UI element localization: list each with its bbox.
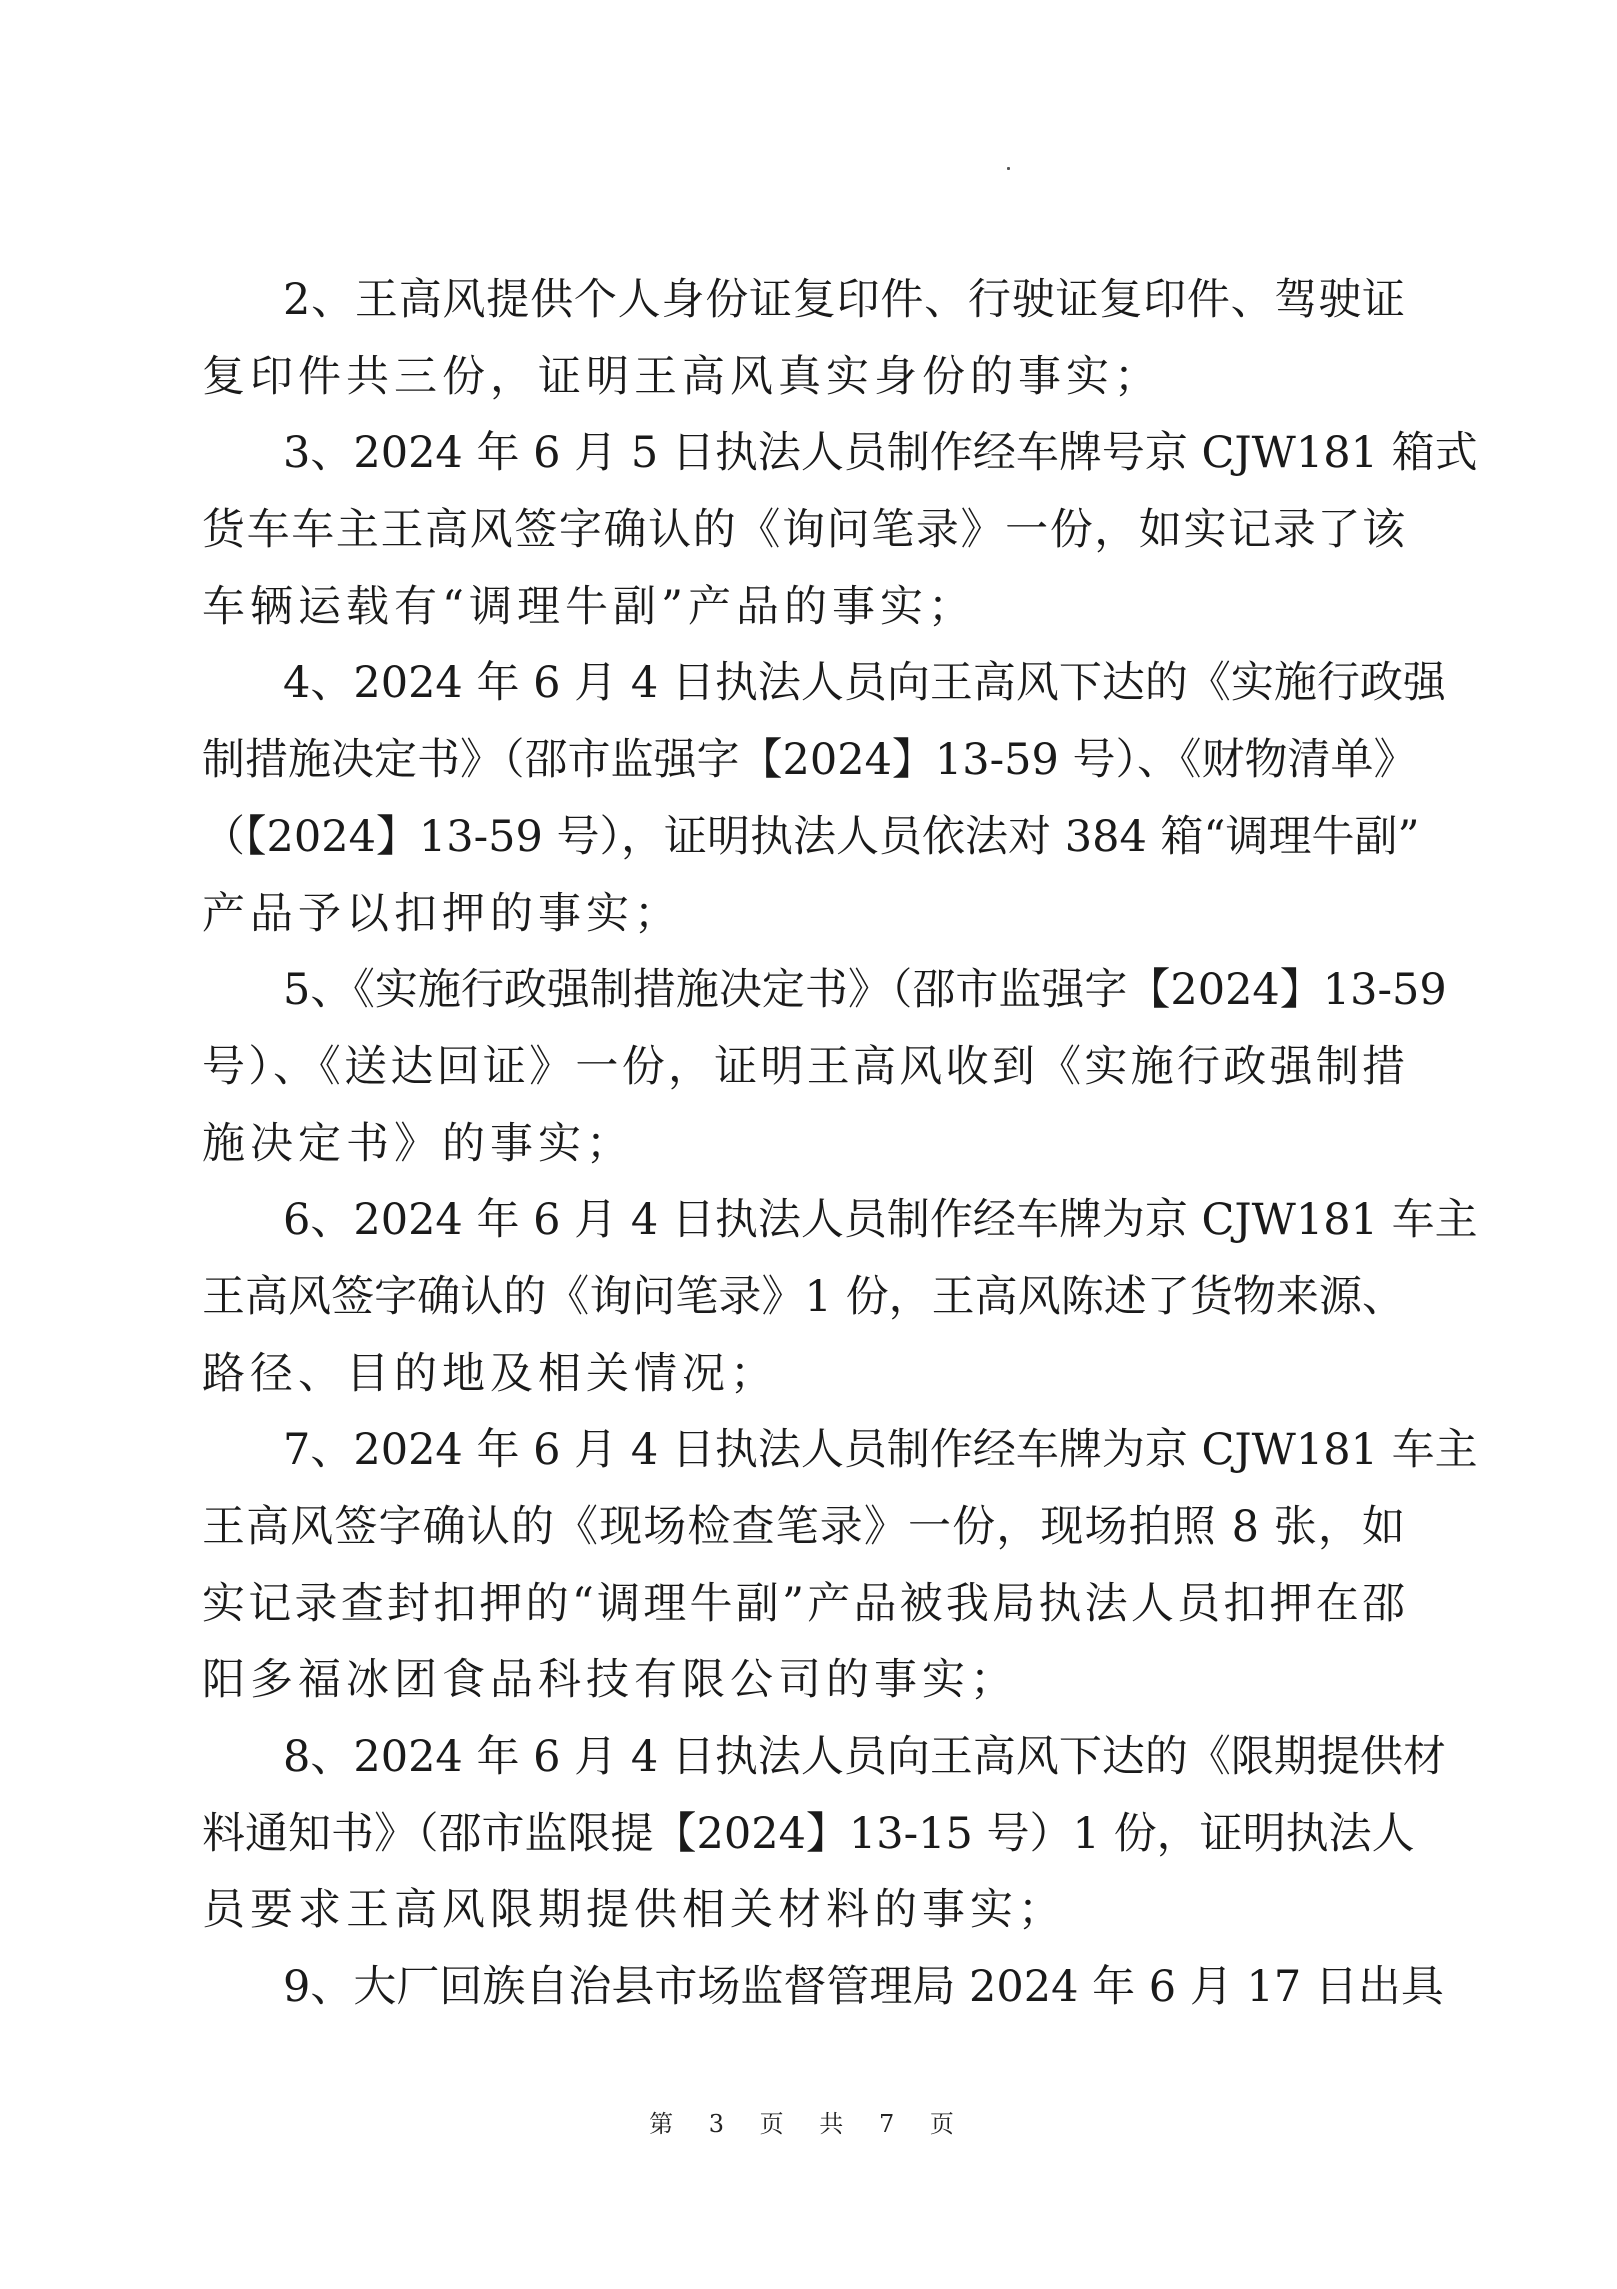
paragraph-line: 王高风签字确认的《询问笔录》1 份，王高风陈述了货物来源、 xyxy=(202,1259,1405,1336)
paragraph-line: 2、王高风提供个人身份证复印件、行驶证复印件、驾驶证 xyxy=(202,262,1405,339)
evidence-item-9: 9、大厂回族自治县市场监督管理局 2024 年 6 月 17 日出具 xyxy=(202,1949,1405,2026)
paragraph-line: 复印件共三份，证明王高风真实身份的事实； xyxy=(202,339,1405,416)
paragraph-line: 3、2024 年 6 月 5 日执法人员制作经车牌号京 CJW181 箱式 xyxy=(202,415,1405,492)
evidence-item-2: 2、王高风提供个人身份证复印件、行驶证复印件、驾驶证 复印件共三份，证明王高风真… xyxy=(202,262,1405,415)
paragraph-line: 产品予以扣押的事实； xyxy=(202,876,1405,953)
paragraph-line: 7、2024 年 6 月 4 日执法人员制作经车牌为京 CJW181 车主 xyxy=(202,1412,1405,1489)
document-body: 2、王高风提供个人身份证复印件、行驶证复印件、驾驶证 复印件共三份，证明王高风真… xyxy=(202,262,1405,2026)
document-page: 2、王高风提供个人身份证复印件、行驶证复印件、驾驶证 复印件共三份，证明王高风真… xyxy=(0,0,1617,2289)
evidence-item-6: 6、2024 年 6 月 4 日执法人员制作经车牌为京 CJW181 车主 王高… xyxy=(202,1182,1405,1412)
paragraph-line: 施决定书》的事实； xyxy=(202,1106,1405,1183)
evidence-item-5: 5、《实施行政强制措施决定书》（邵市监强字【2024】13-59 号）、《送达回… xyxy=(202,952,1405,1182)
paragraph-line: 实记录查封扣押的“调理牛副”产品被我局执法人员扣押在邵 xyxy=(202,1566,1405,1643)
evidence-item-8: 8、2024 年 6 月 4 日执法人员向王高风下达的《限期提供材 料通知书》（… xyxy=(202,1719,1405,1949)
paragraph-line: 货车车主王高风签字确认的《询问笔录》一份，如实记录了该 xyxy=(202,492,1405,569)
paragraph-line: 车辆运载有“调理牛副”产品的事实； xyxy=(202,569,1405,646)
paragraph-line: 料通知书》（邵市监限提【2024】13-15 号）1 份，证明执法人 xyxy=(202,1796,1405,1873)
paragraph-line: 号）、《送达回证》一份，证明王高风收到《实施行政强制措 xyxy=(202,1029,1405,1106)
paragraph-line: 阳多福冰团食品科技有限公司的事实； xyxy=(202,1642,1405,1719)
paragraph-line: 9、大厂回族自治县市场监督管理局 2024 年 6 月 17 日出具 xyxy=(202,1949,1405,2026)
paragraph-line: 5、《实施行政强制措施决定书》（邵市监强字【2024】13-59 xyxy=(202,952,1405,1029)
paragraph-line: 6、2024 年 6 月 4 日执法人员制作经车牌为京 CJW181 车主 xyxy=(202,1182,1405,1259)
evidence-item-7: 7、2024 年 6 月 4 日执法人员制作经车牌为京 CJW181 车主 王高… xyxy=(202,1412,1405,1719)
paragraph-line: 路径、目的地及相关情况； xyxy=(202,1336,1405,1413)
paragraph-line: 王高风签字确认的《现场检查笔录》一份，现场拍照 8 张，如 xyxy=(202,1489,1405,1566)
evidence-item-3: 3、2024 年 6 月 5 日执法人员制作经车牌号京 CJW181 箱式 货车… xyxy=(202,415,1405,645)
paragraph-line: 制措施决定书》（邵市监强字【2024】13-59 号）、《财物清单》 xyxy=(202,722,1405,799)
paragraph-line: 4、2024 年 6 月 4 日执法人员向王高风下达的《实施行政强 xyxy=(202,645,1405,722)
scan-artifact-dot xyxy=(1007,167,1010,170)
paragraph-line: （【2024】13-59 号），证明执法人员依法对 384 箱“调理牛副” xyxy=(202,799,1405,876)
page-number-footer: 第 3 页 共 7 页 xyxy=(0,2104,1617,2139)
evidence-item-4: 4、2024 年 6 月 4 日执法人员向王高风下达的《实施行政强 制措施决定书… xyxy=(202,645,1405,952)
paragraph-line: 8、2024 年 6 月 4 日执法人员向王高风下达的《限期提供材 xyxy=(202,1719,1405,1796)
paragraph-line: 员要求王高风限期提供相关材料的事实； xyxy=(202,1872,1405,1949)
